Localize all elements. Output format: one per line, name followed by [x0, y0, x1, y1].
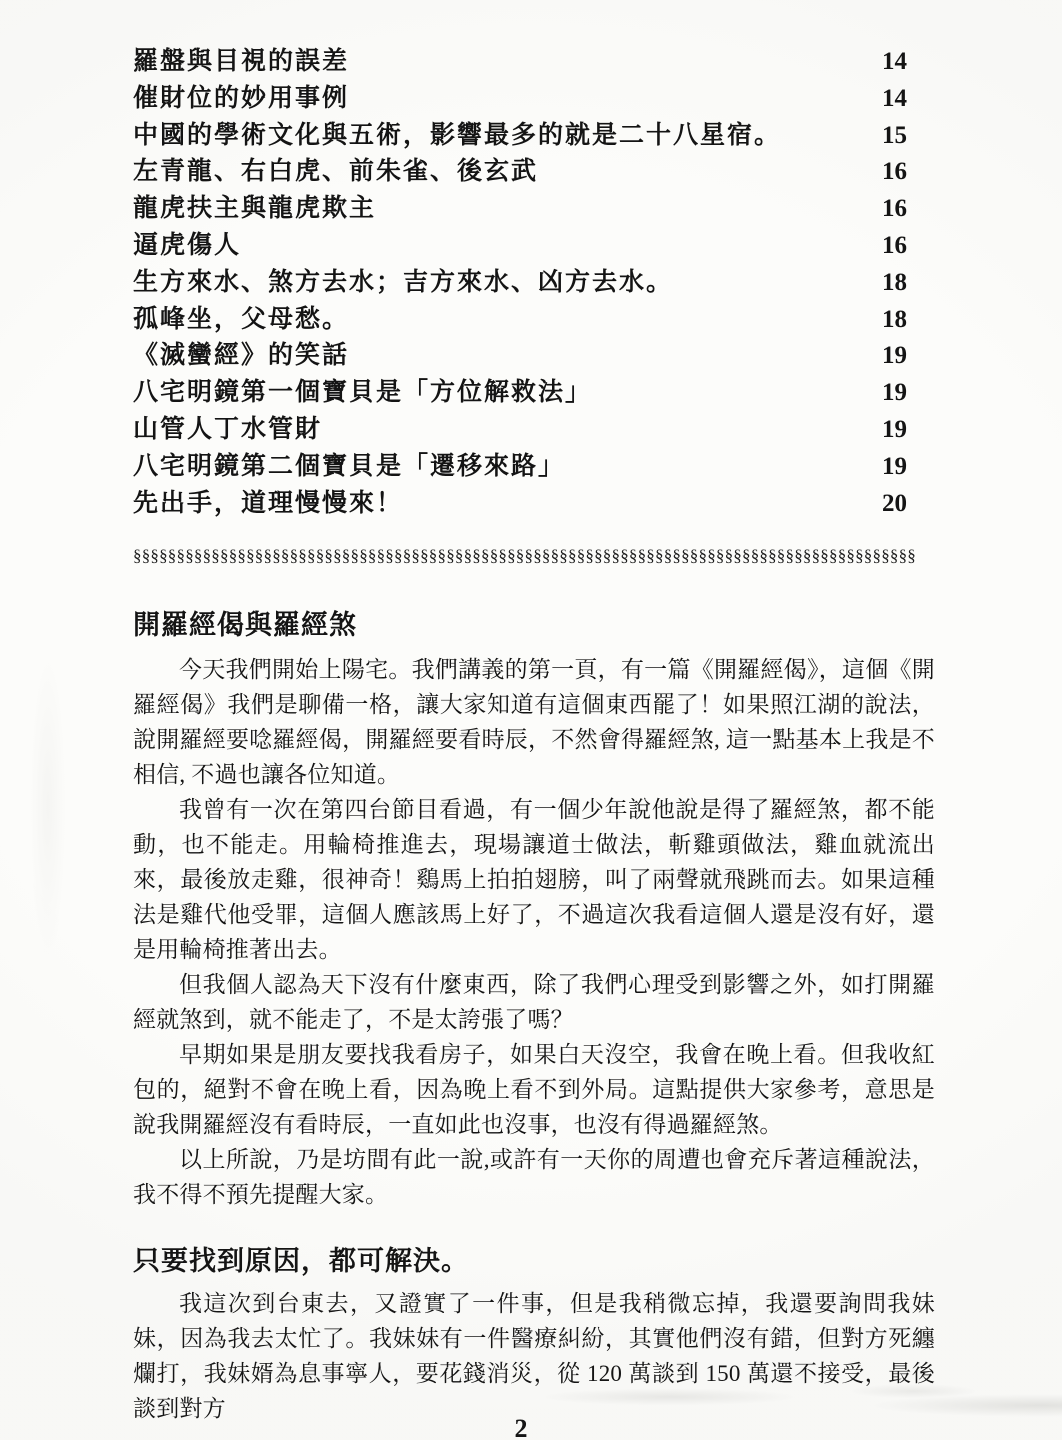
table-of-contents: 羅盤與目視的誤差 14 催財位的妙用事例 14 中國的學術文化與五術，影響最多的… — [133, 44, 935, 522]
paragraph: 我曾有一次在第四台節目看過，有一個少年說他說是得了羅經煞，都不能動，也不能走。用… — [133, 792, 935, 967]
toc-entry-page-number: 16 — [859, 154, 907, 191]
toc-entry: 山管人丁水管財 19 — [133, 412, 935, 449]
toc-entry-title: 先出手，道理慢慢來！ — [133, 486, 859, 523]
paragraph: 我這次到台東去，又證實了一件事，但是我稍微忘掉，我還要詢問我妹妹，因為我去太忙了… — [133, 1286, 935, 1426]
toc-entry-page-number: 19 — [859, 375, 907, 412]
toc-entry: 羅盤與目視的誤差 14 — [133, 44, 935, 81]
toc-entry-title: 山管人丁水管財 — [133, 412, 859, 449]
page-number: 2 — [0, 1414, 1042, 1440]
toc-entry-title: 八宅明鏡第一個寶貝是「方位解救法」 — [133, 375, 859, 412]
toc-entry: 生方來水、煞方去水；吉方來水、凶方去水。 18 — [133, 265, 935, 302]
section-heading: 只要找到原因，都可解決。 — [133, 1242, 935, 1280]
paragraph: 以上所說，乃是坊間有此一說,或許有一天你的周遭也會充斥著這種說法，我不得不預先提… — [133, 1142, 935, 1212]
toc-entry-title: 生方來水、煞方去水；吉方來水、凶方去水。 — [133, 265, 859, 302]
toc-entry-page-number: 14 — [859, 81, 907, 118]
paragraph: 但我個人認為天下沒有什麼東西，除了我們心理受到影響之外，如打開羅經就煞到，就不能… — [133, 967, 935, 1037]
toc-entry: 催財位的妙用事例 14 — [133, 81, 935, 118]
section-heading: 開羅經偈與羅經煞 — [133, 606, 935, 644]
toc-entry: 八宅明鏡第二個寶貝是「遷移來路」 19 — [133, 449, 935, 486]
toc-entry: 中國的學術文化與五術，影響最多的就是二十八星宿。 15 — [133, 118, 935, 155]
paragraph: 早期如果是朋友要找我看房子，如果白天沒空，我會在晚上看。但我收紅包的，絕對不會在… — [133, 1037, 935, 1142]
toc-entry-title: 龍虎扶主與龍虎欺主 — [133, 191, 859, 228]
toc-entry: 左青龍、右白虎、前朱雀、後玄武 16 — [133, 154, 935, 191]
toc-entry: 八宅明鏡第一個寶貝是「方位解救法」 19 — [133, 375, 935, 412]
toc-entry: 孤峰坐，父母愁。 18 — [133, 302, 935, 339]
paragraph: 今天我們開始上陽宅。我們講義的第一頁，有一篇《開羅經偈》，這個《開羅經偈》我們是… — [133, 652, 935, 792]
toc-entry-title: 中國的學術文化與五術，影響最多的就是二十八星宿。 — [133, 118, 859, 155]
toc-entry-page-number: 19 — [859, 412, 907, 449]
toc-entry-title: 左青龍、右白虎、前朱雀、後玄武 — [133, 154, 859, 191]
toc-entry-title: 催財位的妙用事例 — [133, 81, 859, 118]
document-body: 開羅經偈與羅經煞 今天我們開始上陽宅。我們講義的第一頁，有一篇《開羅經偈》，這個… — [133, 606, 935, 1426]
scanned-document-page: 羅盤與目視的誤差 14 催財位的妙用事例 14 中國的學術文化與五術，影響最多的… — [0, 0, 1062, 1440]
toc-entry: 龍虎扶主與龍虎欺主 16 — [133, 191, 935, 228]
toc-entry-title: 八宅明鏡第二個寶貝是「遷移來路」 — [133, 449, 859, 486]
toc-entry-title: 羅盤與目視的誤差 — [133, 44, 859, 81]
toc-entry-page-number: 16 — [859, 191, 907, 228]
page-content: 羅盤與目視的誤差 14 催財位的妙用事例 14 中國的學術文化與五術，影響最多的… — [133, 44, 935, 1426]
toc-entry: 逼虎傷人 16 — [133, 228, 935, 265]
toc-entry-page-number: 18 — [859, 265, 907, 302]
toc-entry-title: 逼虎傷人 — [133, 228, 859, 265]
toc-entry-page-number: 15 — [859, 118, 907, 155]
toc-entry-page-number: 16 — [859, 228, 907, 265]
toc-entry-page-number: 20 — [859, 486, 907, 523]
toc-entry: 《滅蠻經》的笑話 19 — [133, 338, 935, 375]
section-divider-rule: §§§§§§§§§§§§§§§§§§§§§§§§§§§§§§§§§§§§§§§§… — [133, 542, 935, 570]
toc-entry-page-number: 18 — [859, 302, 907, 339]
toc-entry: 先出手，道理慢慢來！ 20 — [133, 486, 935, 523]
toc-entry-title: 孤峰坐，父母愁。 — [133, 302, 859, 339]
toc-entry-page-number: 14 — [859, 44, 907, 81]
toc-entry-title: 《滅蠻經》的笑話 — [133, 338, 859, 375]
toc-entry-page-number: 19 — [859, 449, 907, 486]
toc-entry-page-number: 19 — [859, 338, 907, 375]
